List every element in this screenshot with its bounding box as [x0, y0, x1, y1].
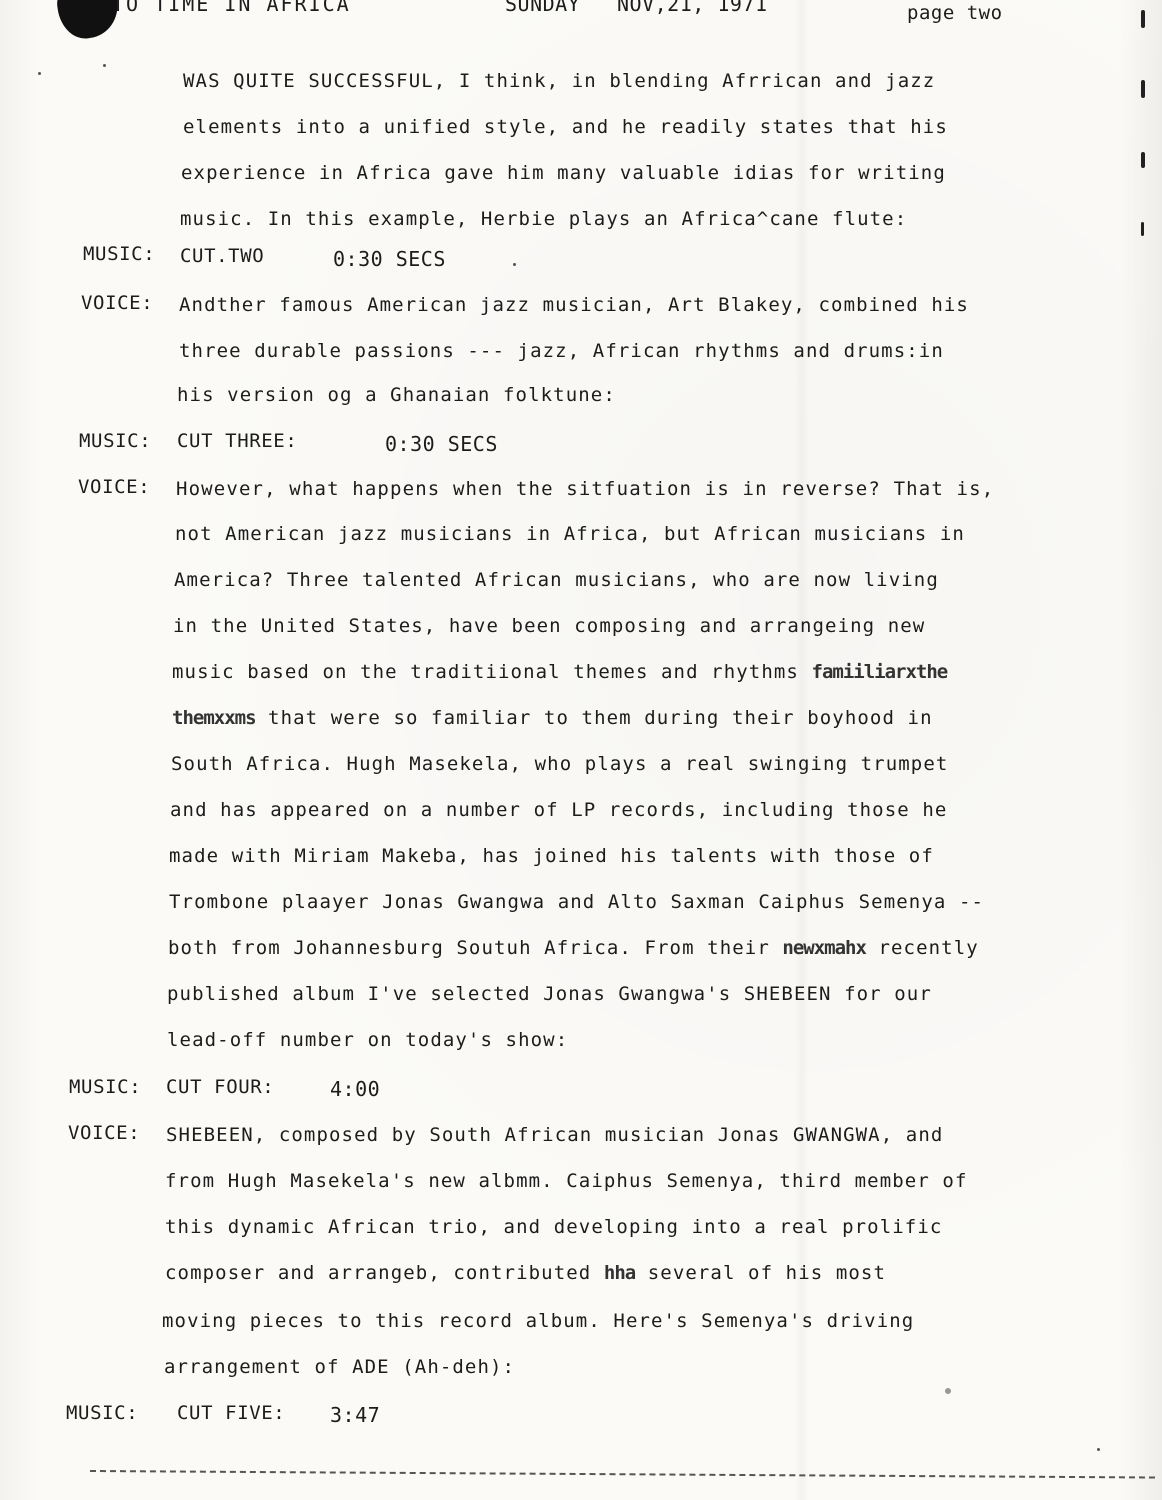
script-line: arrangement of ADE (Ah-deh): [164, 1356, 515, 1378]
typewritten-page: TO TIME IN AFRICA SUNDAY NOV,21, 1971 pa… [0, 0, 1162, 1500]
script-line: SHEBEEN, composed by South African music… [166, 1124, 943, 1146]
script-text: composer and arrangeb, contributed [165, 1262, 604, 1284]
music-cue-label: MUSIC: [79, 430, 151, 452]
paper-speck [103, 64, 106, 67]
script-line: composer and arrangeb, contributed hha s… [165, 1262, 886, 1284]
typed-over-text: newxmahx [782, 937, 866, 959]
script-text: that were so familiar to them during the… [256, 707, 933, 729]
script-line: moving pieces to this record album. Here… [162, 1310, 914, 1332]
script-line: and has appeared on a number of LP recor… [170, 799, 947, 821]
script-line: America? Three talented African musician… [174, 569, 939, 591]
script-line: WAS QUITE SUCCESSFUL, I think, in blendi… [183, 70, 935, 92]
script-line: from Hugh Masekela's new albmm. Caiphus … [165, 1170, 968, 1192]
music-cut-duration: 3:47 [330, 1403, 380, 1427]
script-line: published album I've selected Jonas Gwan… [167, 983, 932, 1005]
script-line: this dynamic African trio, and developin… [165, 1216, 942, 1238]
script-text: music based on the traditiional themes a… [172, 661, 812, 683]
music-cue-label: MUSIC: [83, 243, 155, 265]
script-text: recently [866, 937, 979, 959]
music-cut-name: CUT FIVE: [177, 1402, 285, 1424]
paper-speck [1097, 1448, 1100, 1451]
script-line: Andther famous American jazz musician, A… [179, 294, 969, 316]
script-line: music based on the traditiional themes a… [172, 661, 947, 683]
script-line: both from Johannesburg Soutuh Africa. Fr… [168, 937, 979, 959]
script-line: themxxms that were so familiar to them d… [172, 707, 933, 729]
script-line: his version og a Ghanaian folktune: [177, 384, 616, 406]
script-text: several of his most [635, 1262, 886, 1284]
broadcast-date: NOV,21, 1971 [617, 0, 768, 16]
script-line: Trombone plaayer Jonas Gwangwa and Alto … [169, 891, 984, 913]
paper-speck [513, 263, 516, 266]
program-title: TO TIME IN AFRICA [112, 0, 351, 16]
page-number: page two [907, 2, 1003, 24]
script-line: in the United States, have been composin… [173, 615, 925, 637]
paper-speck [38, 72, 41, 75]
script-line: elements into a unified style, and he re… [183, 116, 948, 138]
music-cut-name: CUT THREE: [177, 430, 297, 452]
voice-label: VOICE: [68, 1122, 140, 1144]
binder-hole-mark [1141, 152, 1145, 168]
script-line: not American jazz musicians in Africa, b… [175, 523, 965, 545]
script-line: three durable passions --- jazz, African… [179, 340, 944, 362]
music-cut-duration: 4:00 [330, 1077, 380, 1101]
binder-hole-mark [1141, 80, 1145, 98]
voice-label: VOICE: [81, 292, 153, 314]
script-line: lead-off number on today's show: [167, 1029, 568, 1051]
page-header: TO TIME IN AFRICA SUNDAY NOV,21, 1971 pa… [0, 0, 1162, 22]
music-cut-duration: 0:30 SECS [333, 247, 446, 271]
music-cue-label: MUSIC: [69, 1076, 141, 1098]
script-line: However, what happens when the sitfuatio… [176, 478, 994, 500]
binder-hole-mark [1141, 222, 1144, 236]
typed-over-text: themxxms [172, 707, 256, 729]
music-cut-duration: 0:30 SECS [385, 432, 498, 456]
script-line: made with Miriam Makeba, has joined his … [169, 845, 934, 867]
music-cut-name: CUT.TWO [180, 245, 264, 267]
paper-speck [945, 1388, 951, 1394]
dashed-separator-line [90, 1470, 1155, 1479]
music-cue-label: MUSIC: [66, 1402, 138, 1424]
script-line: music. In this example, Herbie plays an … [180, 208, 907, 230]
script-line: experience in Africa gave him many valua… [181, 162, 946, 184]
voice-label: VOICE: [78, 476, 150, 498]
typed-over-text: hha [604, 1262, 635, 1284]
typed-over-text: famiiliarxthe [812, 661, 948, 683]
music-cut-name: CUT FOUR: [166, 1076, 274, 1098]
script-line: South Africa. Hugh Masekela, who plays a… [171, 753, 948, 775]
script-text: both from Johannesburg Soutuh Africa. Fr… [168, 937, 782, 959]
broadcast-day: SUNDAY [505, 0, 580, 16]
